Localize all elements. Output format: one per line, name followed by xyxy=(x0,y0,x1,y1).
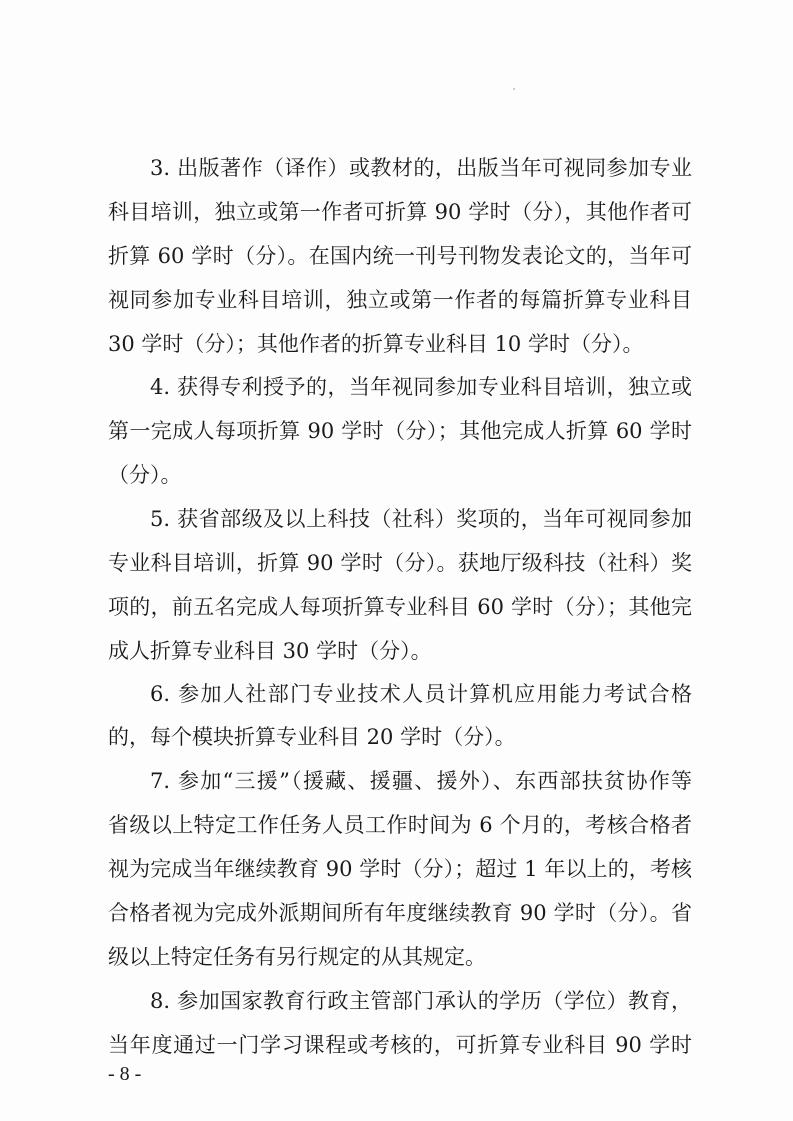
page-number: - 8 - xyxy=(108,1060,141,1088)
paragraph-7-line-3: 视为完成当年继续教育 90 学时（分）；超过 1 年以上的，考核 xyxy=(108,855,692,883)
paragraph-5-line-2: 专业科目培训，折算 90 学时（分）。获地厅级科技（社科）奖 xyxy=(108,549,692,577)
paragraph-4-line-1: 4. 获得专利授予的，当年视同参加专业科目培训，独立或 xyxy=(150,373,692,401)
paragraph-6-line-1: 6. 参加人社部门专业技术人员计算机应用能力考试合格 xyxy=(150,680,692,708)
paragraph-3-line-1: 3. 出版著作（译作）或教材的，出版当年可视同参加专业 xyxy=(150,154,692,182)
paragraph-4-line-2: 第一完成人每项折算 90 学时（分）；其他完成人折算 60 学时 xyxy=(108,417,692,445)
paragraph-7-line-1: 7. 参加“三援”（援藏、援疆、援外）、东西部扶贫协作等 xyxy=(150,767,692,795)
paragraph-3-line-3: 折算 60 学时（分）。在国内统一刊号刊物发表论文的，当年可 xyxy=(108,242,692,270)
paragraph-4-line-3: （分）。 xyxy=(108,461,692,489)
paragraph-7-line-2: 省级以上特定工作任务人员工作时间为 6 个月的，考核合格者 xyxy=(108,811,692,839)
paragraph-5-line-4: 成人折算专业科目 30 学时（分）。 xyxy=(108,637,692,665)
paragraph-5-line-1: 5. 获省部级及以上科技（社科）奖项的，当年可视同参加 xyxy=(150,505,692,533)
paragraph-3-line-4: 视同参加专业科目培训，独立或第一作者的每篇折算专业科目 xyxy=(108,286,692,314)
paragraph-6-line-2: 的，每个模块折算专业科目 20 学时（分）。 xyxy=(108,723,692,751)
paragraph-7-line-5: 级以上特定任务有另行规定的从其规定。 xyxy=(108,943,692,971)
paragraph-5-line-3: 项的，前五名完成人每项折算专业科目 60 学时（分）；其他完 xyxy=(108,593,692,621)
paragraph-8-line-1: 8. 参加国家教育行政主管部门承认的学历（学位）教育， xyxy=(150,987,692,1015)
paragraph-3-line-2: 科目培训，独立或第一作者可折算 90 学时（分），其他作者可 xyxy=(108,198,692,226)
paragraph-7-line-4: 合格者视为完成外派期间所有年度继续教育 90 学时（分）。省 xyxy=(108,899,692,927)
scan-speck xyxy=(513,88,515,90)
paragraph-3-line-5: 30 学时（分）；其他作者的折算专业科目 10 学时（分）。 xyxy=(108,330,692,358)
paragraph-8-line-2: 当年度通过一门学习课程或考核的，可折算专业科目 90 学时 xyxy=(108,1031,692,1059)
